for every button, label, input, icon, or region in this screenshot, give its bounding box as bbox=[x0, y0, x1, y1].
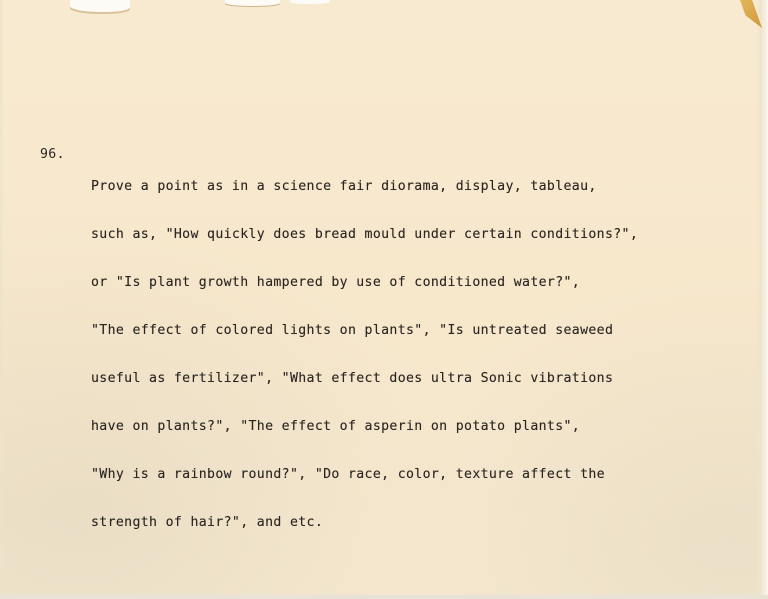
paper-edge bbox=[0, 595, 768, 599]
torn-edge bbox=[225, 0, 280, 6]
text-line: "Why is a rainbow round?", "Do race, col… bbox=[91, 467, 638, 483]
paper-edge bbox=[0, 0, 4, 599]
torn-edge bbox=[70, 0, 130, 12]
item-number: 96. bbox=[40, 147, 65, 163]
paper-edge bbox=[756, 0, 768, 599]
text-line: have on plants?", "The effect of asperin… bbox=[91, 419, 638, 435]
text-line: or "Is plant growth hampered by use of c… bbox=[91, 275, 638, 291]
text-line: "The effect of colored lights on plants"… bbox=[91, 323, 638, 339]
text-line: strength of hair?", and etc. bbox=[91, 515, 638, 531]
typewritten-page: 96. Prove a point as in a science fair d… bbox=[0, 0, 768, 599]
item-text: Prove a point as in a science fair diora… bbox=[91, 147, 638, 563]
text-line: such as, "How quickly does bread mould u… bbox=[91, 227, 638, 243]
text-line: Prove a point as in a science fair diora… bbox=[91, 179, 638, 195]
torn-edge bbox=[290, 0, 330, 4]
text-line: useful as fertilizer", "What effect does… bbox=[91, 371, 638, 387]
